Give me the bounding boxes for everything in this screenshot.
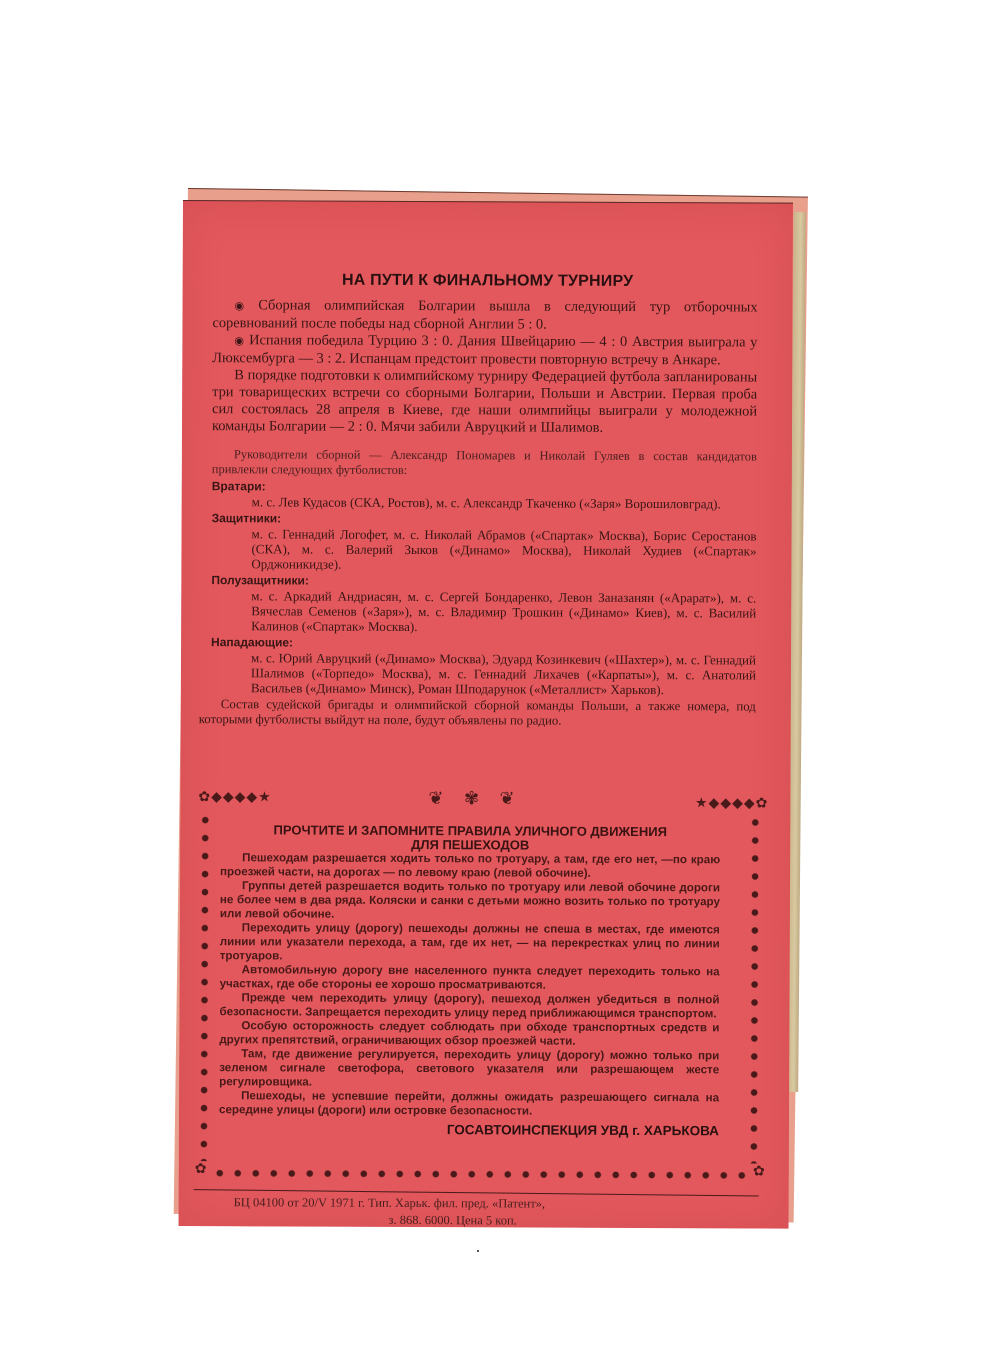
leaf-flower-ornament-icon: ❦ ✾ ❦ bbox=[428, 788, 522, 809]
player-list: м. с. Аркадий Андриасян, м. с. Сергей Бо… bbox=[211, 588, 756, 635]
ornament-row: ✿◆◆◆◆★ ❦ ✾ ❦ ★◆◆◆◆✿ bbox=[198, 789, 768, 813]
traffic-rules-box: ПРОЧТИТЕ И ЗАПОМНИТЕ ПРАВИЛА УЛИЧНОГО ДВ… bbox=[219, 823, 720, 1138]
rule-item: Пешеходы, не успевшие перейти, должны ож… bbox=[219, 1089, 719, 1119]
paragraph: ◉Сборная олимпийская Болгарии вышла в сл… bbox=[212, 297, 757, 334]
squad-lead: Руководители сборной — Александр Пономар… bbox=[212, 447, 757, 479]
paragraph: ◉Испания победила Турцию 3 : 0. Дания Шв… bbox=[212, 332, 757, 369]
flower-diamond-ornament-icon: ✿◆◆◆◆★ bbox=[198, 789, 271, 806]
signature: ГОСАВТОИНСПЕКЦИЯ УВД г. ХАРЬКОВА bbox=[219, 1121, 719, 1138]
paragraph: В порядке подготовки к олимпийскому турн… bbox=[212, 367, 757, 437]
rule-item: Группы детей разрешается водить только п… bbox=[220, 879, 720, 923]
star-diamond-ornament-icon: ★◆◆◆◆✿ bbox=[695, 795, 768, 812]
program-page: НА ПУТИ К ФИНАЛЬНОМУ ТУРНИРУ ◉Сборная ол… bbox=[179, 200, 793, 1229]
player-list: м. с. Юрий Авруцкий («Динамо» Москва), Э… bbox=[211, 650, 756, 697]
flower-corner-icon: ✿ bbox=[195, 1161, 207, 1178]
bullet-icon: ◉ bbox=[235, 300, 255, 312]
flower-corner-icon: ✿ bbox=[753, 1163, 765, 1180]
broadcast-note: Состав судейской бригады и олимпийской с… bbox=[199, 697, 756, 729]
frame-border-right bbox=[749, 813, 761, 1163]
rule-item: Пешеходам разрешается ходить только по т… bbox=[220, 851, 720, 881]
player-list: м. с. Геннадий Логофет, м. с. Николай Аб… bbox=[211, 526, 756, 573]
page-title: НА ПУТИ К ФИНАЛЬНОМУ ТУРНИРУ bbox=[183, 271, 793, 292]
rule-item: Прежде чем переходить улицу (дорогу), пе… bbox=[219, 991, 719, 1021]
rule-item: Там, где движение регулируется, переходи… bbox=[219, 1047, 719, 1091]
frame-border-bottom bbox=[211, 1168, 747, 1180]
bullet-icon: ◉ bbox=[234, 335, 245, 347]
rule-item: Особую осторожность следует соблюдать пр… bbox=[219, 1019, 719, 1049]
rule-item: Автомобильную дорогу вне населенного пун… bbox=[220, 963, 720, 993]
frame-border-left bbox=[199, 811, 211, 1161]
article-body: ◉Сборная олимпийская Болгарии вышла в сл… bbox=[211, 297, 758, 729]
rule-item: Переходить улицу (дорогу) пешеходы должн… bbox=[220, 921, 720, 965]
print-imprint-line2: з. 868. 6000. Цена 5 коп. bbox=[389, 1213, 517, 1229]
player-list: м. с. Лев Кудасов (СКА, Ростов), м. с. А… bbox=[212, 494, 757, 511]
speck bbox=[477, 1250, 479, 1252]
print-imprint: БЦ 04100 от 20/V 1971 г. Тип. Харьк. фил… bbox=[234, 1194, 545, 1211]
